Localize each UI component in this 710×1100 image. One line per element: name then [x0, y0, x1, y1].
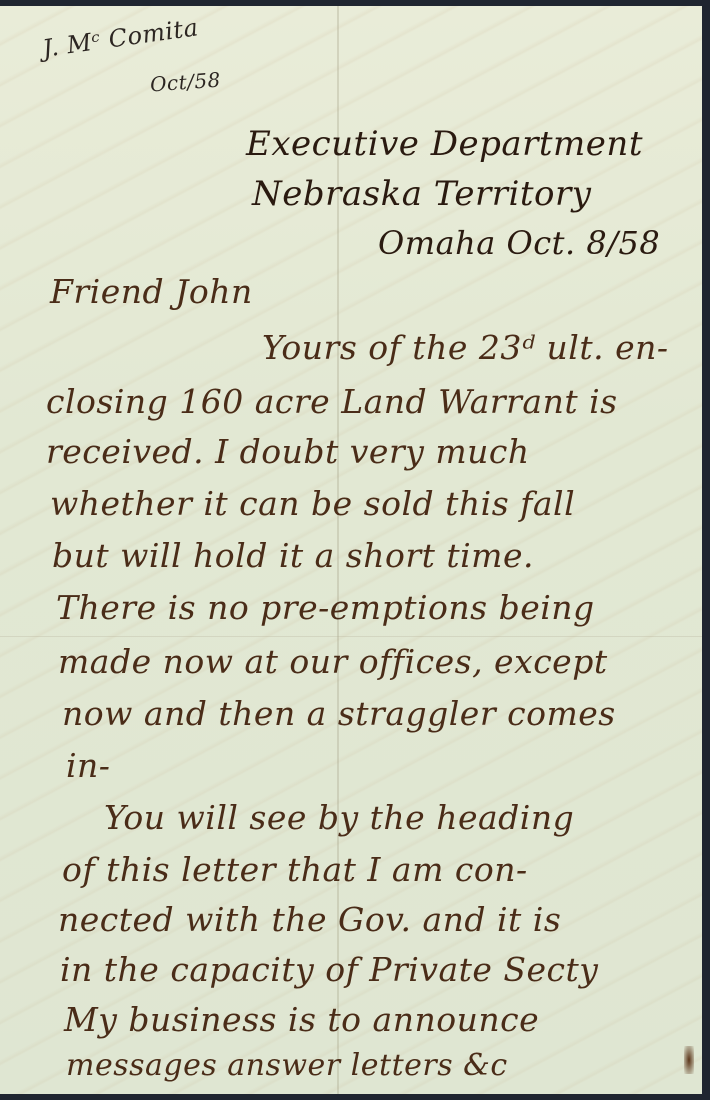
- docket-date: Oct/58: [149, 68, 221, 97]
- body-line: Yours of the 23ᵈ ult. en-: [262, 328, 669, 367]
- body-line: made now at our offices, except: [58, 642, 608, 681]
- body-line: in-: [66, 746, 110, 785]
- letterhead-department: Executive Department: [246, 124, 643, 164]
- letterhead-place-date: Omaha Oct. 8/58: [378, 224, 660, 262]
- docket-name: J. Mᶜ Comita: [41, 13, 200, 63]
- body-line: in the capacity of Private Secty: [60, 950, 598, 989]
- body-line: closing 160 acre Land Warrant is: [46, 382, 618, 421]
- body-line: My business is to announce: [64, 1000, 539, 1039]
- body-line: but will hold it a short time.: [52, 536, 534, 575]
- body-line: received. I doubt very much: [46, 432, 530, 471]
- body-line: messages answer letters &c: [66, 1048, 508, 1083]
- body-line: There is no pre-emptions being: [56, 588, 595, 627]
- letterhead-territory: Nebraska Territory: [252, 174, 591, 214]
- fold-line-horizontal: [0, 636, 702, 637]
- ink-stain: [684, 1046, 694, 1074]
- salutation: Friend John: [50, 272, 253, 311]
- letter-page: J. Mᶜ Comita Oct/58 Executive Department…: [0, 6, 702, 1094]
- body-line: of this letter that I am con-: [62, 850, 528, 889]
- body-line: nected with the Gov. and it is: [58, 900, 561, 939]
- body-line: whether it can be sold this fall: [50, 484, 575, 523]
- body-line: You will see by the heading: [104, 798, 574, 837]
- body-line: now and then a straggler comes: [62, 694, 616, 733]
